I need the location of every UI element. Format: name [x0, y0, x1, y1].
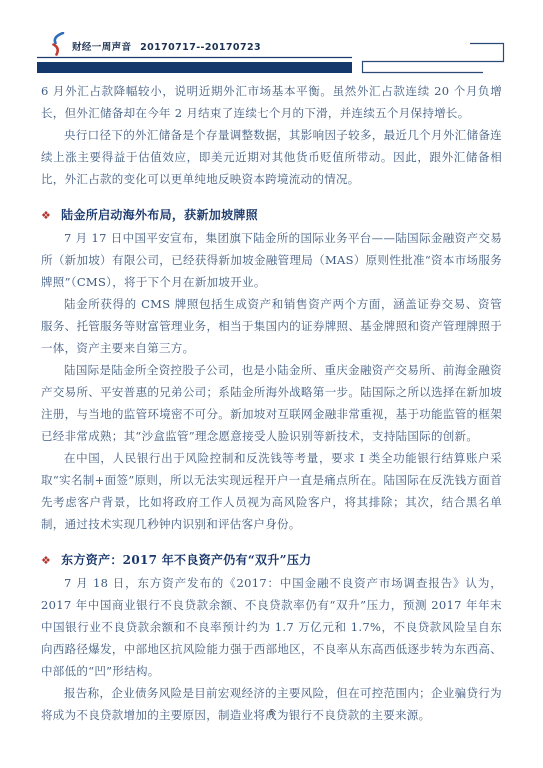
paragraph: 7 月 18 日，东方资产发布的《2017：中国金融不良资产市场调查报告》认为，… — [41, 572, 502, 682]
page-header: 财经一周声音 20170717--20170723 — [0, 0, 543, 80]
diamond-bullet-icon: ❖ — [41, 209, 51, 222]
newsletter-title: 财经一周声音 — [72, 42, 131, 53]
section-heading: ❖东方资产：2017 年不良资产仍有“双升”压力 — [41, 549, 502, 572]
paragraph: 陆国际是陆金所全资控股子公司，也是小陆金所、重庆金融资产交易所、前海金融资产交易… — [41, 359, 502, 447]
paragraph: 央行口径下的外汇储备是个存量调整数据，其影响因子较多，最近几个月外汇储备连续上涨… — [41, 124, 502, 190]
diamond-bullet-icon: ❖ — [41, 554, 51, 567]
newsletter-date-range: 20170717--20170723 — [140, 42, 261, 53]
section-heading: ❖陆金所启动海外布局，获新加坡牌照 — [41, 204, 502, 227]
paragraph: 在中国，人民银行出于风险控制和反洗钱等考量，要求 I 类全功能银行结算账户采取“… — [41, 447, 502, 535]
brand-row: 财经一周声音 20170717--20170723 — [49, 32, 261, 54]
section-heading-text: 东方资产：2017 年不良资产仍有“双升”压力 — [61, 553, 311, 567]
paragraph: 报告称，企业债务风险是目前宏观经济的主要风险，但在可控范围内；企业骗贷行为将成为… — [41, 682, 502, 726]
paragraph: 7 月 17 日中国平安宣布，集团旗下陆金所的国际业务平台——陆国际金融资产交易… — [41, 227, 502, 293]
document-body: 6 月外汇占款降幅较小，说明近期外汇市场基本平衡。虽然外汇占款连续 20 个月负… — [41, 80, 502, 726]
paragraph: 6 月外汇占款降幅较小，说明近期外汇市场基本平衡。虽然外汇占款连续 20 个月负… — [41, 80, 502, 124]
document-page: 财经一周声音 20170717--20170723 6 月外汇占款降幅较小，说明… — [0, 0, 543, 768]
header-title-group: 财经一周声音 20170717--20170723 — [72, 39, 261, 54]
page-number: 6 — [0, 708, 543, 718]
paragraph: 陆金所获得的 CMS 牌照包括生成资产和销售资产两个方面，涵盖证券交易、资管服务… — [41, 293, 502, 359]
brand-logo-icon — [49, 32, 65, 56]
section-heading-text: 陆金所启动海外布局，获新加坡牌照 — [61, 208, 258, 222]
